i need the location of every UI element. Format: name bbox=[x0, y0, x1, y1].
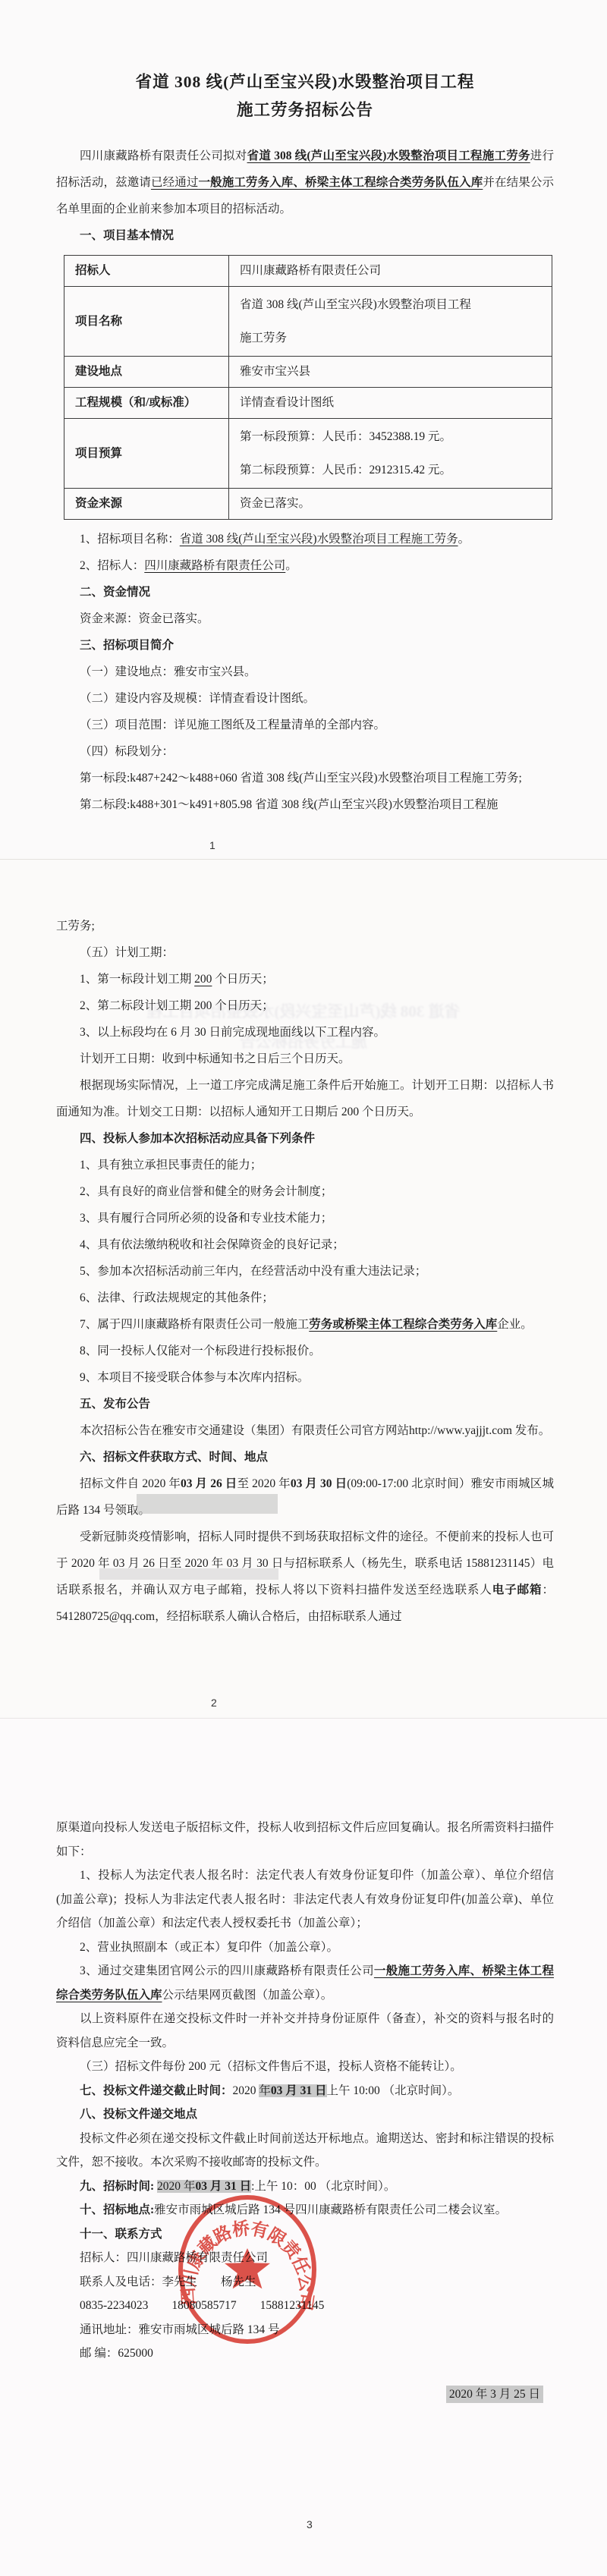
announcement-website: 本次招标公告在雅安市交通建设（集团）有限责任公司官方网站http://www.y… bbox=[56, 1417, 554, 1444]
section-2-description: 第二标段:k488+301～k491+805.98 省道 308 线(芦山至宝兴… bbox=[56, 791, 554, 818]
table-row: 项目预算 第一标段预算：人民币：3452388.19 元。 第二标段预算：人民币… bbox=[64, 419, 552, 489]
row-label-project-name: 项目名称 bbox=[64, 287, 229, 357]
page-number: 2 bbox=[211, 1697, 217, 1709]
schedule-note: 根据现场实际情况，上一道工序完成满足施工条件后开始施工。计划开工日期：以招标人书… bbox=[56, 1072, 554, 1125]
plan-period-heading: （五）计划工期： bbox=[56, 939, 554, 966]
heading-bid-time: 九、招标时间: 2020 年03 月 31 日:上午 10：00 （北京时间）。 bbox=[56, 2175, 554, 2199]
submission-place-detail: 投标文件必须在递交投标文件截止时间前送达开标地点。逾期送达、密封和标注错误的投标… bbox=[56, 2127, 554, 2175]
row-label-bidder: 招标人 bbox=[64, 256, 229, 287]
heading-bid-place: 十、招标地点:雅安市雨城区城后路 134 号四川康藏路桥有限责任公司二楼会议室。 bbox=[56, 2198, 554, 2222]
heading-submission-place: 八、投标文件递交地点 bbox=[56, 2103, 554, 2127]
project-name-line-2: 施工劳务 bbox=[240, 322, 541, 355]
heading-contact: 十一、联系方式 bbox=[56, 2222, 554, 2247]
contact-address: 通讯地址：雅安市雨城区城后路 134 号 bbox=[56, 2318, 554, 2342]
heading-qualifications: 四、投标人参加本次招标活动应具备下列条件 bbox=[56, 1125, 554, 1152]
contact-persons: 联系人及电话：李先生 杨先生 bbox=[56, 2270, 554, 2294]
heading-project-brief: 三、招标项目简介 bbox=[56, 632, 554, 659]
table-row: 建设地点 雅安市宝兴县 bbox=[64, 357, 552, 388]
table-row: 资金来源 资金已落实。 bbox=[64, 489, 552, 520]
row-value-location: 雅安市宝兴县 bbox=[229, 357, 552, 388]
row-value-budget: 第一标段预算：人民币：3452388.19 元。 第二标段预算：人民币：2912… bbox=[229, 419, 552, 489]
row-value-scale: 详情查看设计图纸 bbox=[229, 388, 552, 419]
material-item-3: 3、通过交建集团官网公示的四川康藏路桥有限责任公司一般施工劳务入库、桥梁主体工程… bbox=[56, 1959, 554, 2007]
contact-postcode: 邮 编：625000 bbox=[56, 2342, 554, 2366]
document-obtain-detail: 招标文件自 2020 年03 月 26 日至 2020 年03 月 30 日(0… bbox=[56, 1470, 554, 1524]
period-item-2: 2、第二标段计划工期 200 个日历天； bbox=[56, 992, 554, 1019]
heading-submission-deadline: 七、投标文件递交截止时间：2020 年03 月 31 日上午 10:00 （北京… bbox=[56, 2079, 554, 2103]
table-row: 项目名称 省道 308 线(芦山至宝兴段)水毁整治项目工程 施工劳务 bbox=[64, 287, 552, 357]
row-label-funding: 资金来源 bbox=[64, 489, 229, 520]
heading-funding: 二、资金情况 bbox=[56, 579, 554, 605]
condition-5: 5、参加本次招标活动前三年内，在经营活动中没有重大违法记录； bbox=[56, 1258, 554, 1285]
item-project-name: 1、招标项目名称：省道 308 线(芦山至宝兴段)水毁整治项目工程施工劳务。 bbox=[56, 526, 554, 552]
row-label-location: 建设地点 bbox=[64, 357, 229, 388]
document-title: 省道 308 线(芦山至宝兴段)水毁整治项目工程施工劳务招标公告 bbox=[56, 68, 554, 124]
table-row: 招标人 四川康藏路桥有限责任公司 bbox=[64, 256, 552, 287]
budget-line-1: 第一标段预算：人民币：3452388.19 元。 bbox=[240, 420, 541, 454]
row-value-funding: 资金已落实。 bbox=[229, 489, 552, 520]
contact-phones: 0835-2234023 18080585717 15881231145 bbox=[56, 2294, 554, 2318]
page-1: 省道 308 线(芦山至宝兴段)水毁整治项目工程施工劳务招标公告 四川康藏路桥有… bbox=[0, 0, 607, 859]
heading-basic-info: 一、项目基本情况 bbox=[56, 222, 554, 249]
start-date-note: 计划开工日期：收到中标通知书之日后三个日历天。 bbox=[56, 1046, 554, 1072]
material-original-note: 以上资料原件在递交投标文件时一并补交并持身份证原件（备查），补交的资料与报名时的… bbox=[56, 2007, 554, 2055]
material-item-1: 1、投标人为法定代表人报名时：法定代表人有效身份证复印件（加盖公章）、单位介绍信… bbox=[56, 1864, 554, 1936]
condition-4: 4、具有依法缴纳税收和社会保障资金的良好记录； bbox=[56, 1231, 554, 1258]
budget-line-2: 第二标段预算：人民币：2912315.42 元。 bbox=[240, 454, 541, 487]
condition-9: 9、本项目不接受联合体参与本次库内招标。 bbox=[56, 1364, 554, 1391]
page-2: 省道 308 线(芦山至宝兴段)水毁整治项目工程施工劳务招标公告 工劳务; （五… bbox=[0, 859, 607, 1718]
section-1-description: 第一标段:k487+242～k488+060 省道 308 线(芦山至宝兴段)水… bbox=[56, 765, 554, 791]
project-info-table: 招标人 四川康藏路桥有限责任公司 项目名称 省道 308 线(芦山至宝兴段)水毁… bbox=[64, 255, 552, 520]
condition-8: 8、同一投标人仅能对一个标段进行投标报价。 bbox=[56, 1338, 554, 1364]
issue-date: 2020 年 3 月 25 日 bbox=[56, 2383, 554, 2407]
brief-sections: （四）标段划分： bbox=[56, 738, 554, 765]
period-item-1: 1、第一标段计划工期 200 个日历天； bbox=[56, 966, 554, 992]
contact-bidder: 招标人：四川康藏路桥有限责任公司 bbox=[56, 2246, 554, 2270]
document-fee-note: （三）招标文件每份 200 元（招标文件售后不退，投标人资格不能转让）。 bbox=[56, 2055, 554, 2079]
condition-7: 7、属于四川康藏路桥有限责任公司一般施工劳务或桥梁主体工程综合类劳务入库企业。 bbox=[56, 1311, 554, 1338]
page-3: 原渠道向投标人发送电子版招标文件，投标人收到招标文件后应回复确认。报名所需资料扫… bbox=[0, 1718, 607, 2576]
scanned-tender-document: 省道 308 线(芦山至宝兴段)水毁整治项目工程施工劳务招标公告 四川康藏路桥有… bbox=[0, 0, 607, 2576]
title-line-2: 施工劳务招标公告 bbox=[237, 101, 373, 119]
item-bidder: 2、招标人：四川康藏路桥有限责任公司。 bbox=[56, 552, 554, 579]
row-label-budget: 项目预算 bbox=[64, 419, 229, 489]
intro-paragraph: 四川康藏路桥有限责任公司拟对省道 308 线(芦山至宝兴段)水毁整治项目工程施工… bbox=[56, 143, 554, 222]
condition-6: 6、法律、行政法规规定的其他条件； bbox=[56, 1285, 554, 1311]
material-item-2: 2、营业执照副本（或正本）复印件（加盖公章）。 bbox=[56, 1936, 554, 1960]
brief-range: （三）项目范围：详见施工图纸及工程量清单的全部内容。 bbox=[56, 712, 554, 738]
heading-document-obtain: 六、招标文件获取方式、时间、地点 bbox=[56, 1444, 554, 1470]
page-number: 3 bbox=[307, 2518, 313, 2530]
period-item-3: 3、以上标段均在 6 月 30 日前完成现地面线以下工程内容。 bbox=[56, 1019, 554, 1046]
funding-source: 资金来源：资金已落实。 bbox=[56, 605, 554, 632]
row-value-bidder: 四川康藏路桥有限责任公司 bbox=[229, 256, 552, 287]
condition-3: 3、具有履行合同所必须的设备和专业技术能力； bbox=[56, 1205, 554, 1231]
table-row: 工程规模（和/或标准） 详情查看设计图纸 bbox=[64, 388, 552, 419]
condition-2: 2、具有良好的商业信誉和健全的财务会计制度； bbox=[56, 1178, 554, 1205]
condition-1: 1、具有独立承担民事责任的能力； bbox=[56, 1152, 554, 1178]
continued-email-text: 原渠道向投标人发送电子版招标文件，投标人收到招标文件后应回复确认。报名所需资料扫… bbox=[56, 1816, 554, 1864]
brief-scope: （二）建设内容及规模：详情查看设计图纸。 bbox=[56, 685, 554, 712]
covid-registration-detail: 受新冠肺炎疫情影响，招标人同时提供不到场获取招标文件的途径。不便前来的投标人也可… bbox=[56, 1524, 554, 1630]
row-value-project-name: 省道 308 线(芦山至宝兴段)水毁整治项目工程 施工劳务 bbox=[229, 287, 552, 357]
project-name-line-1: 省道 308 线(芦山至宝兴段)水毁整治项目工程 bbox=[240, 288, 541, 322]
page-number: 1 bbox=[209, 839, 215, 851]
continued-text: 工劳务; bbox=[56, 913, 554, 939]
title-line-1: 省道 308 线(芦山至宝兴段)水毁整治项目工程 bbox=[136, 73, 475, 91]
brief-location: （一）建设地点：雅安市宝兴县。 bbox=[56, 659, 554, 685]
heading-announcement: 五、发布公告 bbox=[56, 1391, 554, 1417]
issue-date-text: 2020 年 3 月 25 日 bbox=[446, 2386, 543, 2403]
row-label-scale: 工程规模（和/或标准） bbox=[64, 388, 229, 419]
